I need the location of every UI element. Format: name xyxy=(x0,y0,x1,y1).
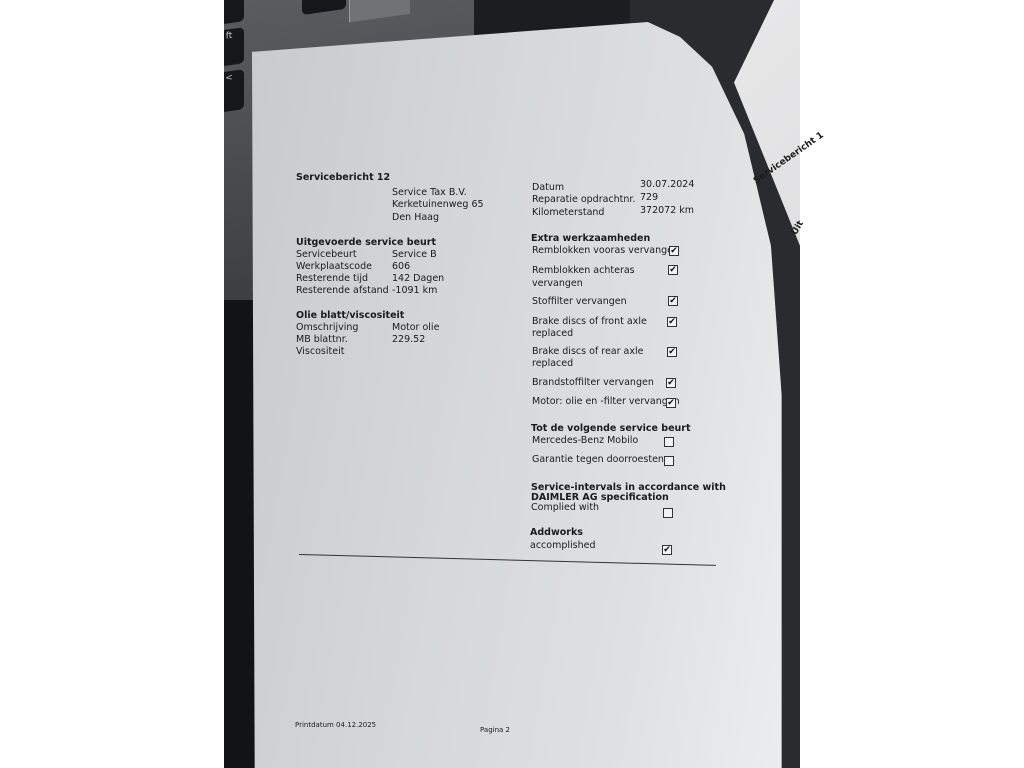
checkbox-checked[interactable]: ✔ xyxy=(662,545,672,555)
second-sheet-title: Servicebericht 1 xyxy=(752,130,826,186)
checkbox-checked[interactable]: ✔ xyxy=(666,378,676,388)
service-value: -1091 km xyxy=(392,285,437,296)
next-item-label: Garantie tegen doorroesten xyxy=(532,454,664,465)
oil-label: MB blattnr. xyxy=(296,334,348,345)
extra-item-label: Brandstoffilter vervangen xyxy=(532,377,654,388)
service-heading: Uitgevoerde service beurt xyxy=(296,237,436,248)
info-value-mileage: 372072 km xyxy=(640,205,694,216)
info-label-order: Reparatie opdrachtnr. xyxy=(532,194,635,205)
oil-label: Omschrijving xyxy=(296,322,358,333)
intervals-item-label: Complied with xyxy=(531,502,599,513)
dealer-name: Service Tax B.V. xyxy=(392,187,467,198)
next-item-label: Mercedes-Benz Mobilo xyxy=(532,435,638,446)
service-label: Resterende tijd xyxy=(296,273,368,284)
dealer-street: Kerketuinenweg 65 xyxy=(392,199,484,210)
checkbox-unchecked[interactable] xyxy=(664,456,674,466)
checkbox-checked[interactable]: ✔ xyxy=(669,246,679,256)
info-label-date: Datum xyxy=(532,182,564,193)
info-value-order: 729 xyxy=(640,192,658,203)
oil-heading: Olie blatt/viscositeit xyxy=(296,310,404,321)
checkbox-checked[interactable]: ✔ xyxy=(668,296,678,306)
service-label: Servicebeurt xyxy=(296,249,357,260)
checkbox-unchecked[interactable] xyxy=(663,508,673,518)
oil-value: 229.52 xyxy=(392,334,425,345)
service-value: Service B xyxy=(392,249,437,260)
extra-item-label: Stoffilter vervangen xyxy=(532,296,627,307)
checkbox-checked[interactable]: ✔ xyxy=(667,347,677,357)
addworks-item-label: accomplished xyxy=(530,540,596,551)
checkbox-checked[interactable]: ✔ xyxy=(668,265,678,275)
extra-item-label-cont: replaced xyxy=(532,328,573,339)
service-label: Resterende afstand xyxy=(296,285,389,296)
page-number: Pagina 2 xyxy=(480,726,510,734)
document: Servicebericht 1 Uit Servicebericht 12 S… xyxy=(0,0,1024,768)
extra-item-label: Remblokken achteras xyxy=(532,265,635,276)
info-label-mileage: Kilometerstand xyxy=(532,207,604,218)
service-value: 606 xyxy=(392,261,410,272)
addworks-heading: Addworks xyxy=(530,527,583,538)
checkbox-checked[interactable]: ✔ xyxy=(667,317,677,327)
service-value: 142 Dagen xyxy=(392,273,444,284)
service-label: Werkplaatscode xyxy=(296,261,372,272)
oil-value: Motor olie xyxy=(392,322,439,333)
extra-item-label-cont: replaced xyxy=(532,358,573,369)
info-value-date: 30.07.2024 xyxy=(640,179,694,190)
extra-item-label: Brake discs of front axle xyxy=(532,316,647,327)
separator-line xyxy=(299,554,716,566)
oil-label: Viscositeit xyxy=(296,346,344,357)
checkbox-checked[interactable]: ✔ xyxy=(666,398,676,408)
checkbox-unchecked[interactable] xyxy=(664,437,674,447)
extra-heading: Extra werkzaamheden xyxy=(531,233,650,244)
print-date: Printdatum 04.12.2025 xyxy=(295,721,376,729)
dealer-city: Den Haag xyxy=(392,212,439,223)
extra-item-label: Motor: olie en -filter vervangen xyxy=(532,396,680,407)
next-service-heading: Tot de volgende service beurt xyxy=(531,423,691,434)
extra-item-label: Remblokken vooras vervangen xyxy=(532,245,679,256)
report-title: Servicebericht 12 xyxy=(296,172,390,183)
extra-item-label-cont: vervangen xyxy=(532,278,583,289)
extra-item-label: Brake discs of rear axle xyxy=(532,346,643,357)
second-sheet-heading: Uit xyxy=(790,219,806,237)
